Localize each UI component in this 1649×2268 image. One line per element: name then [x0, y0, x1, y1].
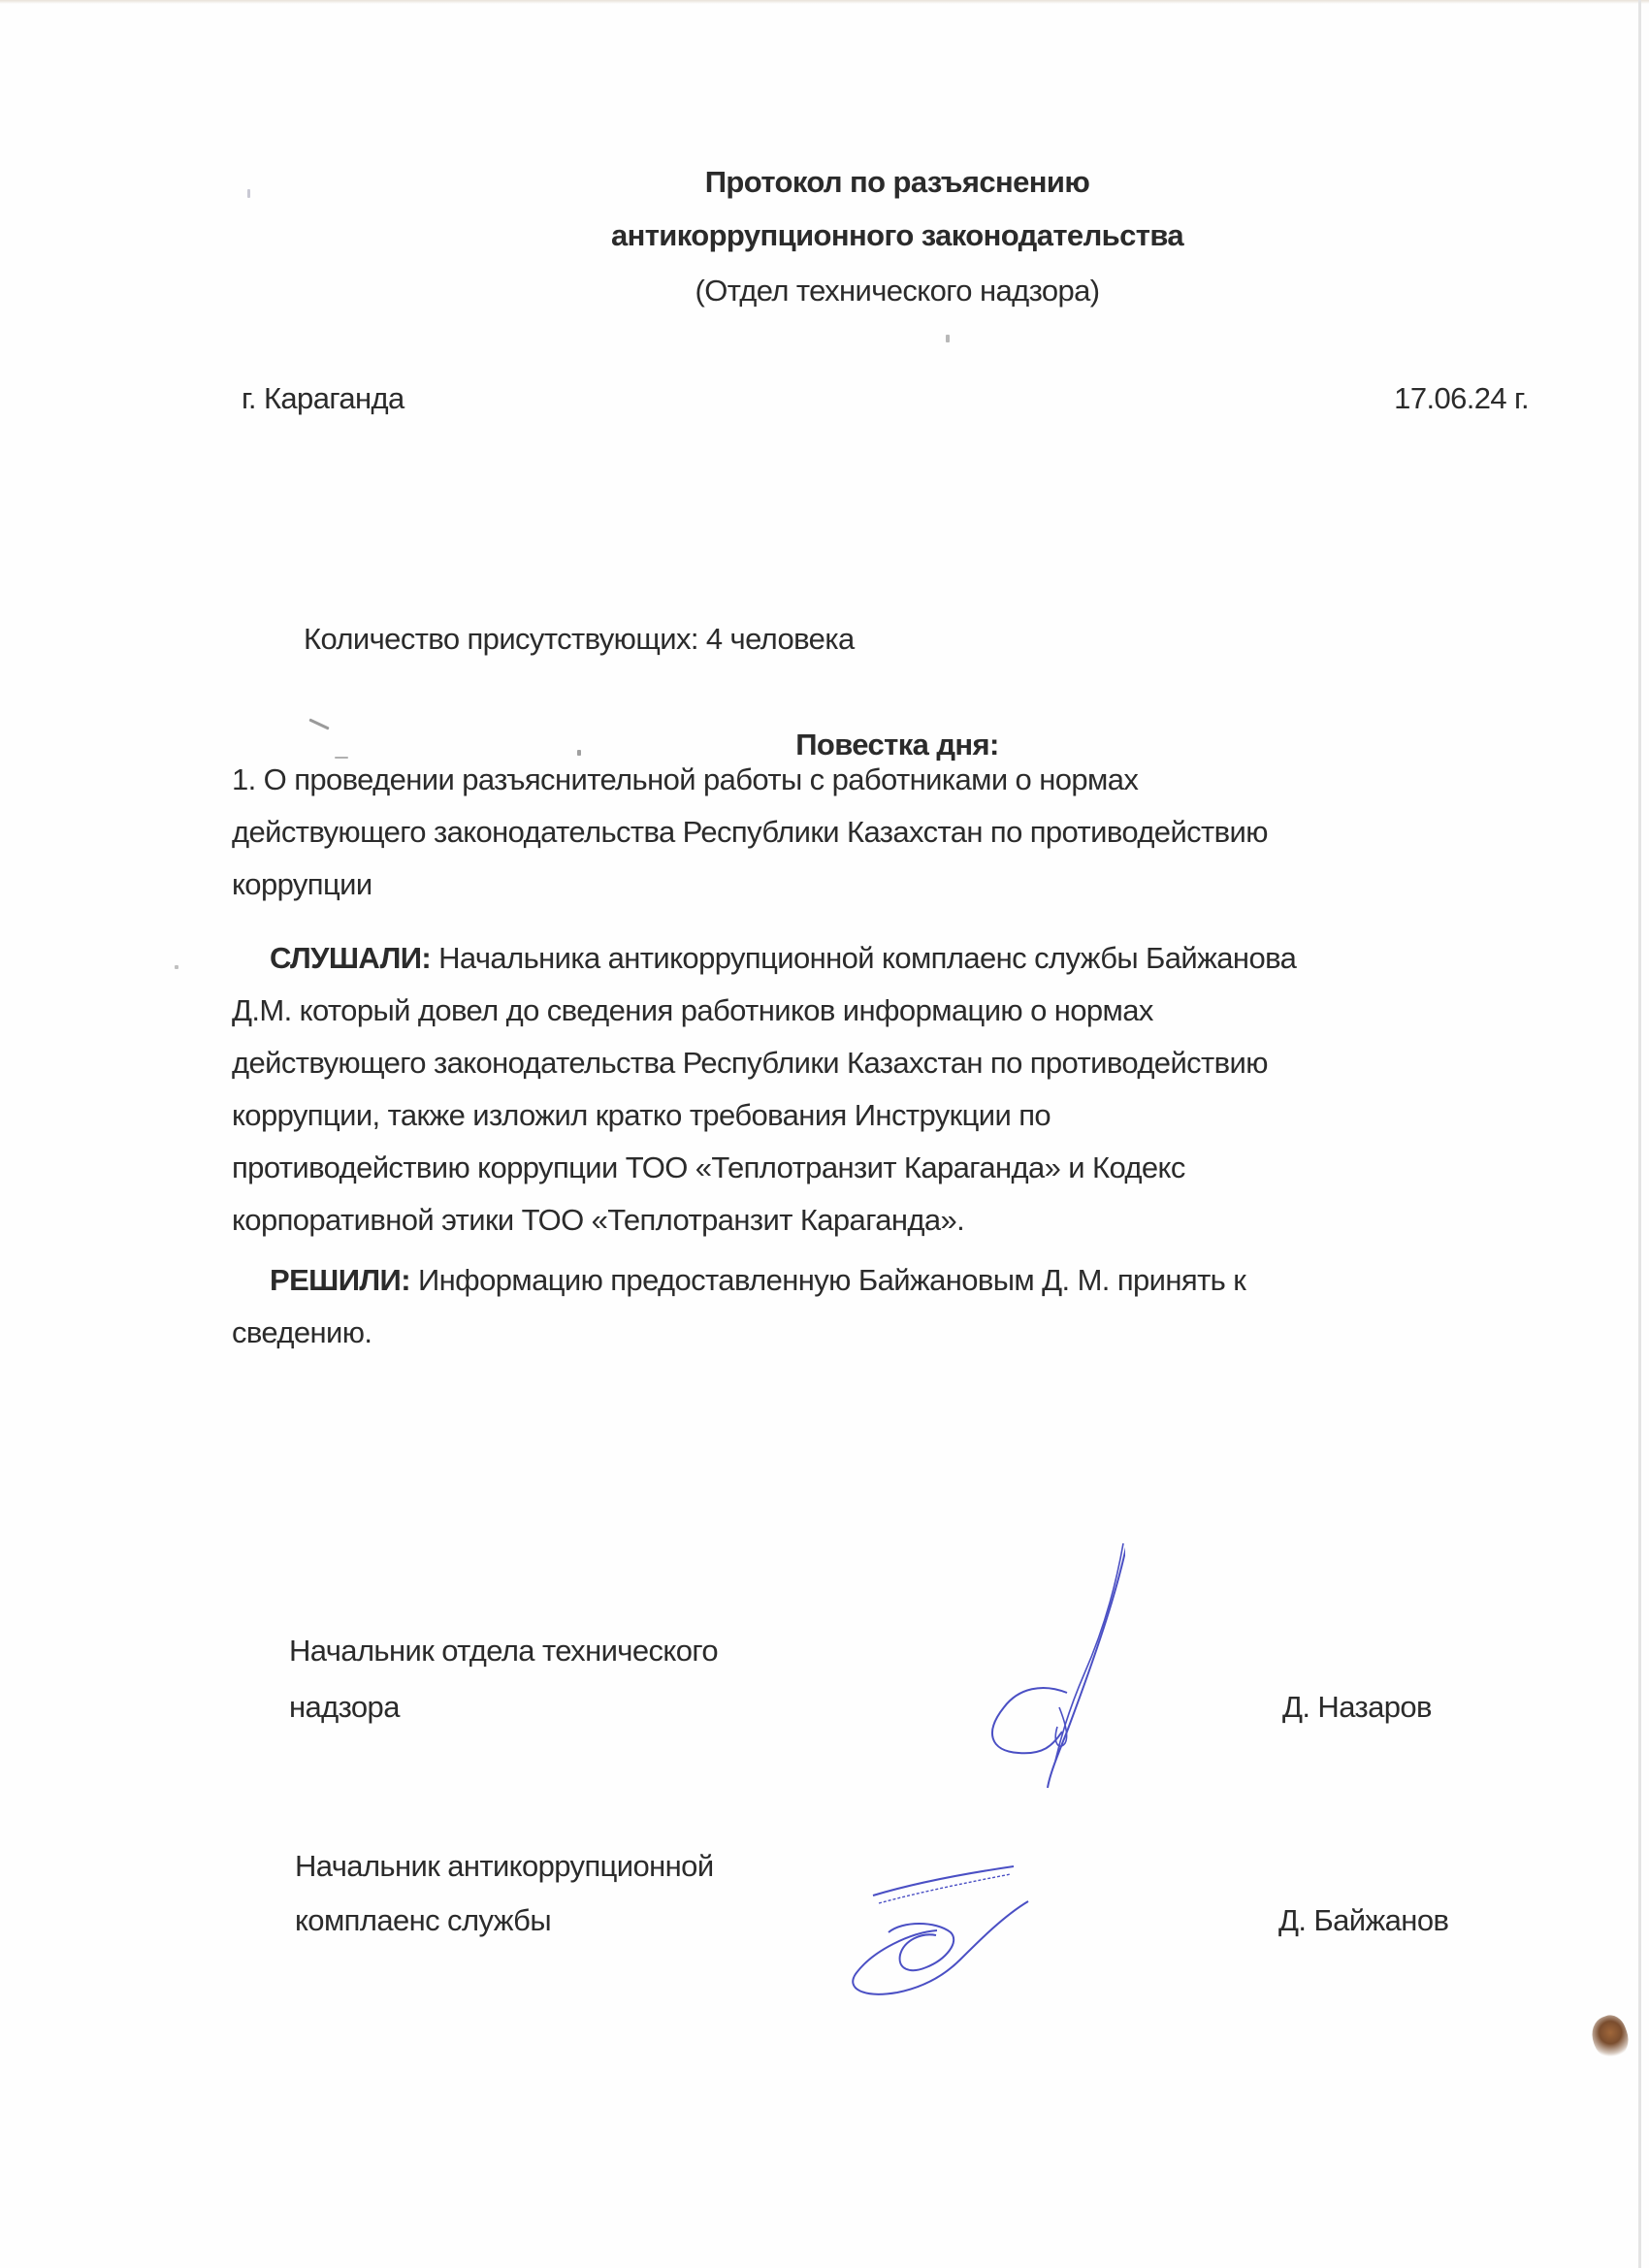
- decided-line: сведению.: [232, 1315, 372, 1350]
- agenda-item-line: действующего законодательства Республики…: [232, 815, 1268, 850]
- heard-line: Д.М. который довел до сведения работнико…: [232, 993, 1153, 1028]
- scan-speck: [946, 335, 950, 342]
- document-title-line-2: антикоррупционного законодательства: [0, 218, 1649, 253]
- scan-speck: [335, 757, 348, 759]
- heard-text: Начальника антикоррупционной комплаенс с…: [431, 941, 1296, 975]
- decided-paragraph-first-line: РЕШИЛИ: Информацию предоставленную Байжа…: [270, 1263, 1245, 1298]
- agenda-item-line: коррупции: [232, 867, 372, 902]
- scan-speck: [247, 189, 250, 198]
- attendees-count: Количество присутствующих: 4 человека: [304, 622, 855, 657]
- date-label: 17.06.24 г.: [1394, 381, 1529, 416]
- signatory-1-name: Д. Назаров: [1282, 1690, 1432, 1725]
- scan-speck: [175, 965, 178, 969]
- scan-speck: [577, 750, 581, 756]
- signatory-1-position-line-1: Начальник отдела технического: [289, 1634, 718, 1669]
- scan-top-edge: [0, 0, 1649, 4]
- heard-paragraph-first-line: СЛУШАЛИ: Начальника антикоррупционной ко…: [270, 941, 1296, 976]
- signatory-1-position-line-2: надзора: [289, 1690, 400, 1725]
- decided-label: РЕШИЛИ:: [270, 1263, 410, 1297]
- document-subtitle: (Отдел технического надзора): [0, 274, 1649, 308]
- heard-line: действующего законодательства Республики…: [232, 1046, 1268, 1081]
- decided-text: Информацию предоставленную Байжановым Д.…: [410, 1263, 1245, 1297]
- city-label: г. Караганда: [242, 381, 404, 416]
- heard-line: корпоративной этики ТОО «Теплотранзит Ка…: [232, 1203, 964, 1238]
- handwritten-signature-icon: [844, 1863, 1067, 1998]
- agenda-item-line: 1. О проведении разъяснительной работы с…: [232, 762, 1138, 797]
- heard-line: коррупции, также изложил кратко требован…: [232, 1098, 1051, 1133]
- signatory-2-position-line-1: Начальник антикоррупционной: [295, 1849, 714, 1884]
- signatory-2-name: Д. Байжанов: [1278, 1903, 1448, 1938]
- scan-right-edge: [1638, 0, 1641, 2268]
- heard-label: СЛУШАЛИ:: [270, 941, 431, 975]
- handwritten-signature-icon: [951, 1538, 1125, 1790]
- signatory-2-position-line-2: комплаенс службы: [295, 1903, 551, 1938]
- document-page: Протокол по разъяснению антикоррупционно…: [0, 0, 1649, 2268]
- scan-stain: [1587, 2011, 1634, 2063]
- agenda-header: Повестка дня:: [0, 728, 1649, 762]
- heard-line: противодействию коррупции ТОО «Теплотран…: [232, 1150, 1185, 1185]
